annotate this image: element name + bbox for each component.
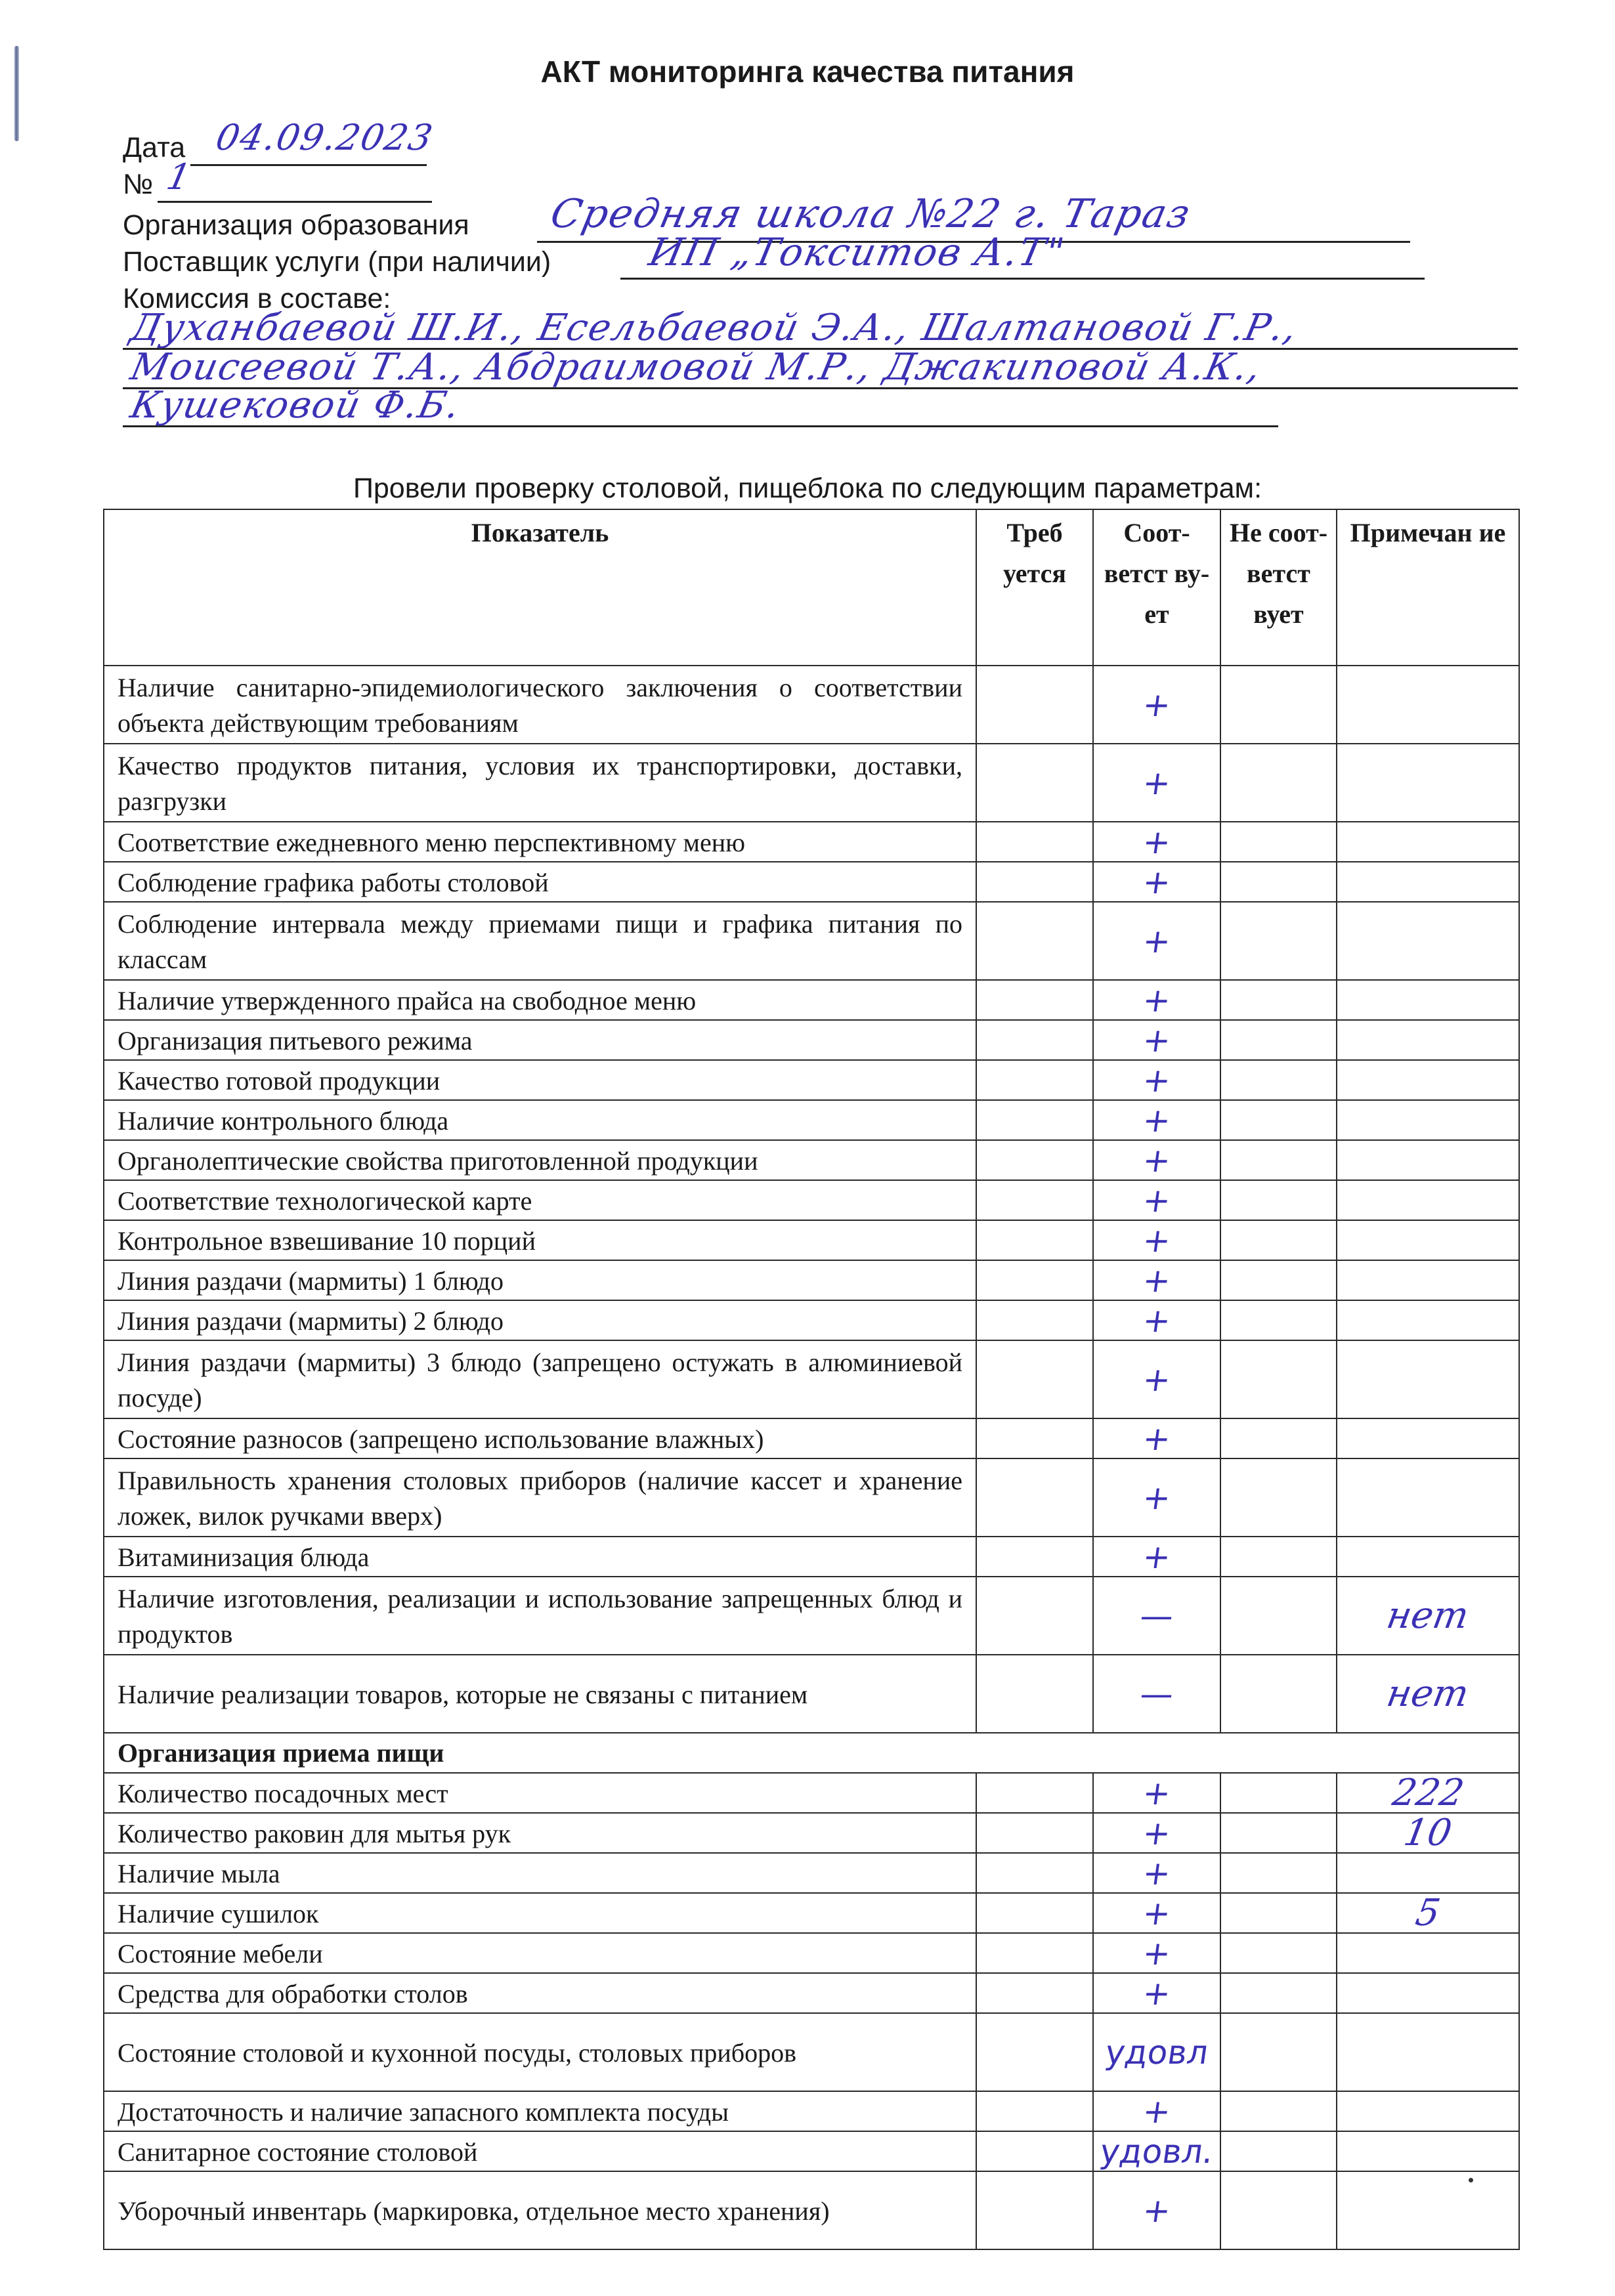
not-complies-cell[interactable]	[1220, 2131, 1337, 2171]
indicator-cell: Наличие реализации товаров, которые не с…	[104, 1655, 976, 1733]
table-row: Состояние столовой и кухонной посуды, ст…	[104, 2013, 1519, 2091]
note-cell[interactable]	[1337, 980, 1519, 1020]
required-cell[interactable]	[976, 862, 1093, 902]
complies-cell[interactable]: +	[1093, 1180, 1220, 1220]
note-cell[interactable]	[1337, 1180, 1519, 1220]
not-complies-cell[interactable]	[1220, 1220, 1337, 1260]
header-not-complies: Не соот-ветст вует	[1220, 509, 1337, 666]
note-cell[interactable]: 222	[1337, 1773, 1519, 1813]
document-title: АКТ мониторинга качества питания	[0, 54, 1615, 89]
not-complies-cell[interactable]	[1220, 1100, 1337, 1140]
complies-cell[interactable]: +	[1093, 1418, 1220, 1458]
note-text: 10	[1401, 1815, 1454, 1852]
table-row: Состояние мебели+	[104, 1933, 1519, 1973]
complies-mark: +	[1141, 1224, 1173, 1257]
required-cell[interactable]	[976, 1773, 1093, 1813]
note-cell[interactable]	[1337, 1100, 1519, 1140]
indicator-cell: Соблюдение интервала между приемами пищи…	[104, 902, 976, 980]
indicator-cell: Контрольное взвешивание 10 порций	[104, 1220, 976, 1260]
required-cell[interactable]	[976, 1418, 1093, 1458]
complies-cell[interactable]: +	[1093, 1853, 1220, 1893]
intro-text: Провели проверку столовой, пищеблока по …	[0, 473, 1615, 505]
table-row: Соответствие технологической карте+	[104, 1180, 1519, 1220]
required-cell[interactable]	[976, 1180, 1093, 1220]
note-cell[interactable]: нет	[1337, 1655, 1519, 1733]
complies-cell[interactable]: +	[1093, 1773, 1220, 1813]
not-complies-cell[interactable]	[1220, 1813, 1337, 1853]
complies-mark: удовл	[1103, 2036, 1210, 2069]
note-cell[interactable]	[1337, 2013, 1519, 2091]
note-cell[interactable]	[1337, 666, 1519, 744]
note-cell[interactable]	[1337, 1933, 1519, 1973]
indicator-cell: Достаточность и наличие запасного компле…	[104, 2091, 976, 2131]
complies-mark: +	[1141, 1422, 1173, 1455]
not-complies-cell[interactable]	[1220, 1418, 1337, 1458]
indicator-cell: Линия раздачи (мармиты) 1 блюдо	[104, 1260, 976, 1300]
required-cell[interactable]	[976, 1140, 1093, 1180]
required-cell[interactable]	[976, 822, 1093, 862]
not-complies-cell[interactable]	[1220, 666, 1337, 744]
required-cell[interactable]	[976, 744, 1093, 822]
note-cell[interactable]	[1337, 1300, 1519, 1340]
complies-cell[interactable]: +	[1093, 1973, 1220, 2013]
table-row: Витаминизация блюда+	[104, 1537, 1519, 1577]
table-row: Правильность хранения столовых приборов …	[104, 1458, 1519, 1537]
required-cell[interactable]	[976, 1655, 1093, 1733]
indicator-cell: Количество посадочных мест	[104, 1773, 976, 1813]
complies-mark: +	[1141, 2095, 1173, 2128]
organization-label: Организация образования	[123, 209, 469, 242]
table-row: Средства для обработки столов+	[104, 1973, 1519, 2013]
required-cell[interactable]	[976, 980, 1093, 1020]
note-cell[interactable]: 5	[1337, 1893, 1519, 1933]
complies-mark: +	[1141, 1104, 1173, 1137]
indicator-cell: Состояние разносов (запрещено использова…	[104, 1418, 976, 1458]
table-row: Линия раздачи (мармиты) 3 блюдо (запреще…	[104, 1340, 1519, 1418]
note-cell[interactable]	[1337, 1220, 1519, 1260]
table-row: Количество раковин для мытья рук+10	[104, 1813, 1519, 1853]
indicator-cell: Наличие санитарно-эпидемиологического за…	[104, 666, 976, 744]
section-row: Организация приема пищи	[104, 1733, 1519, 1773]
indicator-cell: Наличие контрольного блюда	[104, 1100, 976, 1140]
indicator-cell: Средства для обработки столов	[104, 1973, 976, 2013]
complies-mark: +	[1141, 925, 1173, 958]
note-cell[interactable]	[1337, 744, 1519, 822]
required-cell[interactable]	[976, 666, 1093, 744]
not-complies-cell[interactable]	[1220, 1340, 1337, 1418]
not-complies-cell[interactable]	[1220, 822, 1337, 862]
required-cell[interactable]	[976, 1300, 1093, 1340]
complies-mark: +	[1141, 1857, 1173, 1890]
complies-mark: +	[1141, 767, 1173, 799]
complies-mark: +	[1141, 1064, 1173, 1097]
indicator-cell: Наличие мыла	[104, 1853, 976, 1893]
complies-mark: +	[1141, 826, 1173, 859]
complies-mark: +	[1141, 984, 1173, 1017]
commission-member-line-1[interactable]: Духанбаевой Ш.И., Есельбаевой Э.А., Шалт…	[127, 308, 1302, 348]
complies-mark: удовл.	[1098, 2135, 1215, 2168]
not-complies-cell[interactable]	[1220, 1577, 1337, 1655]
number-underline	[158, 201, 432, 203]
note-cell[interactable]	[1337, 1418, 1519, 1458]
table-row: Соблюдение графика работы столовой+	[104, 862, 1519, 902]
indicator-cell: Соответствие ежедневного меню перспектив…	[104, 822, 976, 862]
complies-cell[interactable]: +	[1093, 862, 1220, 902]
not-complies-cell[interactable]	[1220, 1180, 1337, 1220]
table-row: Уборочный инвентарь (маркировка, отдельн…	[104, 2171, 1519, 2249]
not-complies-cell[interactable]	[1220, 744, 1337, 822]
indicator-cell: Наличие изготовления, реализации и испол…	[104, 1577, 976, 1655]
not-complies-cell[interactable]	[1220, 2171, 1337, 2249]
required-cell[interactable]	[976, 1260, 1093, 1300]
not-complies-cell[interactable]	[1220, 1300, 1337, 1340]
required-cell[interactable]	[976, 2171, 1093, 2249]
complies-cell[interactable]: удовл.	[1093, 2131, 1220, 2171]
complies-mark: +	[1141, 1541, 1173, 1573]
indicator-cell: Качество готовой продукции	[104, 1060, 976, 1100]
not-complies-cell[interactable]	[1220, 1060, 1337, 1100]
table-row: Количество посадочных мест+222	[104, 1773, 1519, 1813]
note-cell[interactable]	[1337, 1853, 1519, 1893]
complies-cell[interactable]: +	[1093, 980, 1220, 1020]
complies-cell[interactable]: +	[1093, 1340, 1220, 1418]
section-title: Организация приема пищи	[104, 1733, 1519, 1773]
complies-cell[interactable]: +	[1093, 666, 1220, 744]
note-cell[interactable]	[1337, 1973, 1519, 2013]
complies-cell[interactable]: +	[1093, 1260, 1220, 1300]
complies-cell[interactable]: —	[1093, 1577, 1220, 1655]
required-cell[interactable]	[976, 902, 1093, 980]
note-text: 222	[1390, 1775, 1467, 1812]
not-complies-cell[interactable]	[1220, 1853, 1337, 1893]
complies-mark: +	[1141, 1184, 1173, 1217]
required-cell[interactable]	[976, 1100, 1093, 1140]
commission-member-line-2[interactable]: Моисеевой Т.А., Абдраимовой М.Р., Джакип…	[127, 348, 1266, 387]
complies-mark: +	[1141, 1977, 1173, 2010]
note-cell[interactable]	[1337, 1060, 1519, 1100]
note-cell[interactable]	[1337, 2171, 1519, 2249]
table-row: Качество продуктов питания, условия их т…	[104, 744, 1519, 822]
complies-mark: +	[1141, 1144, 1173, 1177]
complies-cell[interactable]: +	[1093, 1300, 1220, 1340]
table-row: Достаточность и наличие запасного компле…	[104, 2091, 1519, 2131]
note-text: нет	[1384, 1676, 1471, 1712]
note-cell[interactable]	[1337, 2091, 1519, 2131]
required-cell[interactable]	[976, 2013, 1093, 2091]
commission-member-line-3[interactable]: Кушековой Ф.Б.	[127, 386, 464, 425]
note-cell[interactable]	[1337, 902, 1519, 980]
not-complies-cell[interactable]	[1220, 1893, 1337, 1933]
not-complies-cell[interactable]	[1220, 1655, 1337, 1733]
table-row: Органолептические свойства приготовленно…	[104, 1140, 1519, 1180]
not-complies-cell[interactable]	[1220, 2091, 1337, 2131]
complies-cell[interactable]: +	[1093, 1060, 1220, 1100]
indicator-cell: Соответствие технологической карте	[104, 1180, 976, 1220]
table-row: Наличие контрольного блюда+	[104, 1100, 1519, 1140]
indicator-cell: Линия раздачи (мармиты) 2 блюдо	[104, 1300, 976, 1340]
indicator-cell: Уборочный инвентарь (маркировка, отдельн…	[104, 2171, 976, 2249]
complies-cell[interactable]: +	[1093, 1893, 1220, 1933]
indicator-cell: Организация питьевого режима	[104, 1020, 976, 1060]
required-cell[interactable]	[976, 1813, 1093, 1853]
table-row: Наличие реализации товаров, которые не с…	[104, 1655, 1519, 1733]
required-cell[interactable]	[976, 1020, 1093, 1060]
indicator-cell: Наличие сушилок	[104, 1893, 976, 1933]
not-complies-cell[interactable]	[1220, 1773, 1337, 1813]
header-indicator: Показатель	[104, 509, 976, 666]
complies-mark: —	[1138, 1600, 1175, 1632]
note-text: 5	[1413, 1895, 1443, 1932]
supplier-value[interactable]: ИП „Токситов А.Т"	[646, 232, 1069, 272]
table-row: Соответствие ежедневного меню перспектив…	[104, 822, 1519, 862]
required-cell[interactable]	[976, 1893, 1093, 1933]
required-cell[interactable]	[976, 1853, 1093, 1893]
table-row: Организация питьевого режима+	[104, 1020, 1519, 1060]
header-complies: Соот-ветст ву-ет	[1093, 509, 1220, 666]
complies-mark: +	[1141, 1897, 1173, 1930]
complies-cell[interactable]: удовл	[1093, 2013, 1220, 2091]
complies-cell[interactable]: +	[1093, 1020, 1220, 1060]
not-complies-cell[interactable]	[1220, 2013, 1337, 2091]
note-cell[interactable]	[1337, 1340, 1519, 1418]
complies-mark: +	[1141, 1937, 1173, 1970]
complies-mark: +	[1141, 2194, 1173, 2227]
indicator-cell: Санитарное состояние столовой	[104, 2131, 976, 2171]
note-cell[interactable]	[1337, 2131, 1519, 2171]
required-cell[interactable]	[976, 1340, 1093, 1418]
note-cell[interactable]	[1337, 862, 1519, 902]
complies-cell[interactable]: +	[1093, 1100, 1220, 1140]
complies-cell[interactable]: +	[1093, 1140, 1220, 1180]
complies-mark: —	[1138, 1678, 1175, 1711]
table-row: Состояние разносов (запрещено использова…	[104, 1418, 1519, 1458]
required-cell[interactable]	[976, 1458, 1093, 1537]
complies-mark: +	[1141, 866, 1173, 899]
indicator-cell: Линия раздачи (мармиты) 3 блюдо (запреще…	[104, 1340, 976, 1418]
indicator-cell: Количество раковин для мытья рук	[104, 1813, 976, 1853]
supplier-label: Поставщик услуги (при наличии)	[123, 245, 551, 278]
table-row: Соблюдение интервала между приемами пищи…	[104, 902, 1519, 980]
not-complies-cell[interactable]	[1220, 1973, 1337, 2013]
indicator-cell: Состояние столовой и кухонной посуды, ст…	[104, 2013, 976, 2091]
date-underline	[190, 164, 427, 166]
table-row: Наличие изготовления, реализации и испол…	[104, 1577, 1519, 1655]
table-row: Санитарное состояние столовойудовл.	[104, 2131, 1519, 2171]
not-complies-cell[interactable]	[1220, 1537, 1337, 1577]
complies-mark: +	[1141, 1264, 1173, 1297]
table-row: Наличие санитарно-эпидемиологического за…	[104, 666, 1519, 744]
complies-mark: +	[1141, 1304, 1173, 1337]
table-row: Качество готовой продукции+	[104, 1060, 1519, 1100]
indicator-cell: Правильность хранения столовых приборов …	[104, 1458, 976, 1537]
number-label: №	[123, 168, 153, 201]
complies-cell[interactable]: +	[1093, 1537, 1220, 1577]
complies-mark: +	[1141, 1777, 1173, 1810]
note-cell[interactable]	[1337, 1140, 1519, 1180]
required-cell[interactable]	[976, 1577, 1093, 1655]
header-note: Примечан ие	[1337, 509, 1519, 666]
not-complies-cell[interactable]	[1220, 1260, 1337, 1300]
note-cell[interactable]	[1337, 1458, 1519, 1537]
required-cell[interactable]	[976, 2091, 1093, 2131]
complies-mark: +	[1141, 1481, 1173, 1514]
table-row: Линия раздачи (мармиты) 2 блюдо+	[104, 1300, 1519, 1340]
supplier-underline	[620, 278, 1425, 280]
required-cell[interactable]	[976, 1933, 1093, 1973]
complies-mark: +	[1141, 1024, 1173, 1057]
note-cell[interactable]	[1337, 1260, 1519, 1300]
complies-mark: +	[1141, 689, 1173, 721]
complies-mark: +	[1141, 1817, 1173, 1850]
complies-cell[interactable]: +	[1093, 902, 1220, 980]
not-complies-cell[interactable]	[1220, 980, 1337, 1020]
complies-cell[interactable]: +	[1093, 822, 1220, 862]
indicator-cell: Наличие утвержденного прайса на свободно…	[104, 980, 976, 1020]
required-cell[interactable]	[976, 1220, 1093, 1260]
required-cell[interactable]	[976, 1060, 1093, 1100]
table-row: Наличие мыла+	[104, 1853, 1519, 1893]
note-text: нет	[1384, 1598, 1471, 1634]
not-complies-cell[interactable]	[1220, 902, 1337, 980]
indicator-cell: Соблюдение графика работы столовой	[104, 862, 976, 902]
complies-mark: +	[1141, 1363, 1173, 1396]
indicator-cell: Качество продуктов питания, условия их т…	[104, 744, 976, 822]
indicator-cell: Состояние мебели	[104, 1933, 976, 1973]
note-cell[interactable]	[1337, 1537, 1519, 1577]
note-cell[interactable]	[1337, 1020, 1519, 1060]
not-complies-cell[interactable]	[1220, 862, 1337, 902]
complies-cell[interactable]: +	[1093, 744, 1220, 822]
not-complies-cell[interactable]	[1220, 1020, 1337, 1060]
note-cell[interactable]: нет	[1337, 1577, 1519, 1655]
table-row: Наличие сушилок+5	[104, 1893, 1519, 1933]
date-value[interactable]: 04.09.2023	[213, 118, 437, 158]
complies-cell[interactable]: +	[1093, 1220, 1220, 1260]
complies-cell[interactable]: —	[1093, 1655, 1220, 1733]
indicator-cell: Витаминизация блюда	[104, 1537, 976, 1577]
not-complies-cell[interactable]	[1220, 1140, 1337, 1180]
complies-cell[interactable]: +	[1093, 1458, 1220, 1537]
required-cell[interactable]	[976, 1973, 1093, 2013]
complies-cell[interactable]: +	[1093, 1933, 1220, 1973]
indicator-cell: Органолептические свойства приготовленно…	[104, 1140, 976, 1180]
required-cell[interactable]	[976, 1537, 1093, 1577]
header-required: Треб уется	[976, 509, 1093, 666]
table-row: Линия раздачи (мармиты) 1 блюдо+	[104, 1260, 1519, 1300]
table-row: Контрольное взвешивание 10 порций+	[104, 1220, 1519, 1260]
note-cell[interactable]: 10	[1337, 1813, 1519, 1853]
note-cell[interactable]	[1337, 822, 1519, 862]
ink-dot	[1469, 2178, 1473, 2182]
table-header-row: Показатель Треб уется Соот-ветст ву-ет Н…	[104, 509, 1519, 666]
not-complies-cell[interactable]	[1220, 1933, 1337, 1973]
complies-cell[interactable]: +	[1093, 1813, 1220, 1853]
complies-cell[interactable]: +	[1093, 2091, 1220, 2131]
not-complies-cell[interactable]	[1220, 1458, 1337, 1537]
monitoring-table: Показатель Треб уется Соот-ветст ву-ет Н…	[103, 509, 1520, 2250]
table-row: Наличие утвержденного прайса на свободно…	[104, 980, 1519, 1020]
organization-value[interactable]: Средняя школа №22 г. Тараз	[548, 194, 1195, 234]
required-cell[interactable]	[976, 2131, 1093, 2171]
complies-cell[interactable]: +	[1093, 2171, 1220, 2249]
